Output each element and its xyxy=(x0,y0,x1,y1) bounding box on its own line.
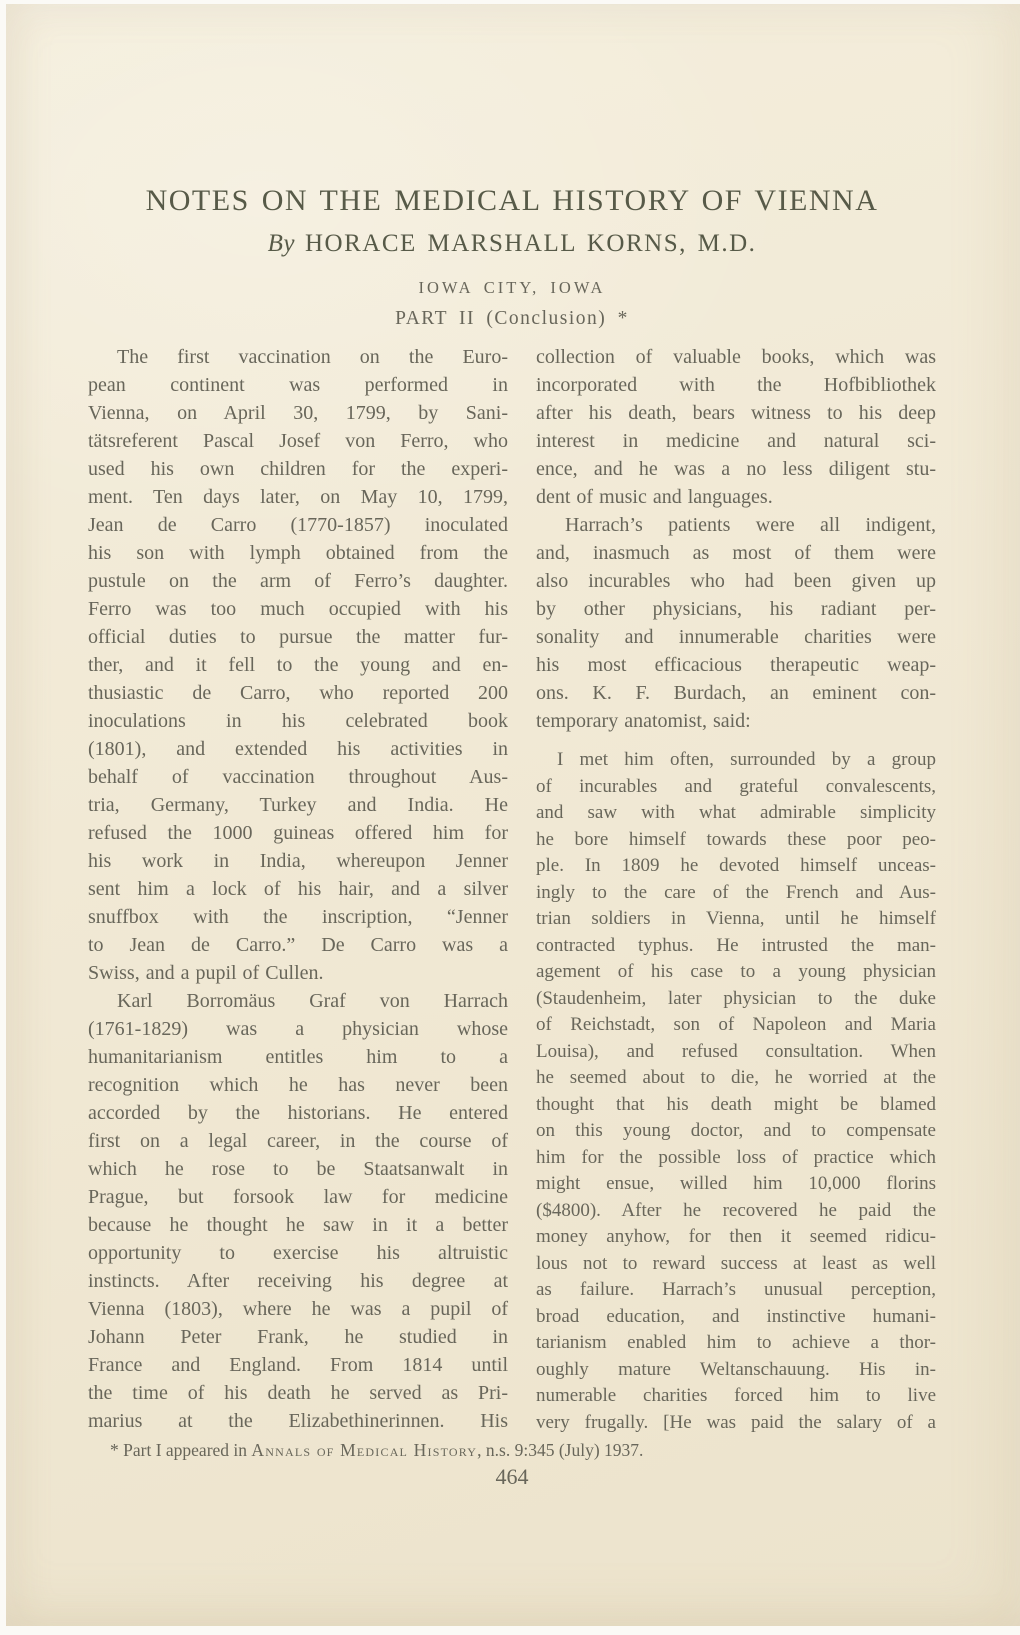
byline: ByHORACE MARSHALL KORNS, M.D. xyxy=(88,230,936,258)
quote-text-line: lous not to reward success at least as w… xyxy=(536,1251,936,1278)
body-text-line: ons. K. F. Burdach, an eminent con- xyxy=(536,679,936,707)
body-text-line: (1801), and extended his activities in xyxy=(88,735,508,763)
body-text-line: temporary anatomist, said: xyxy=(536,707,936,735)
body-text-line: Vienna, on April 30, 1799, by Sani- xyxy=(88,399,508,427)
body-text-line: tria, Germany, Turkey and India. He xyxy=(88,791,508,819)
quote-text-line: oughly mature Weltanschauung. His in- xyxy=(536,1357,936,1384)
body-text-line: his work in India, whereupon Jenner xyxy=(88,847,508,875)
body-text-line: which he rose to be Staatsanwalt in xyxy=(88,1155,508,1183)
quote-text-line: very frugally. [He was paid the salary o… xyxy=(536,1410,936,1437)
body-text-line: sonality and innumerable charities were xyxy=(536,623,936,651)
quote-text-line: as failure. Harrach’s unusual perception… xyxy=(536,1277,936,1304)
body-text-line: instincts. After receiving his degree at xyxy=(88,1267,508,1295)
quote-text-line: he bore himself towards these poor peo- xyxy=(536,827,936,854)
text-columns: The first vaccination on the Euro-pean c… xyxy=(88,343,936,1436)
quote-text-line: I met him often, surrounded by a group xyxy=(536,747,936,774)
author-name: HORACE MARSHALL KORNS, M.D. xyxy=(305,230,756,257)
column-right: collection of valuable books, which wasi… xyxy=(536,343,936,1436)
quote-text-line: money anyhow, for then it seemed ridicu- xyxy=(536,1224,936,1251)
body-text-line: opportunity to exercise his altruistic xyxy=(88,1239,508,1267)
body-text-line: ther, and it fell to the young and en- xyxy=(88,651,508,679)
body-text-line: behalf of vaccination throughout Aus- xyxy=(88,763,508,791)
quote-text-line: of incurables and grateful convalescents… xyxy=(536,774,936,801)
quote-text-line: thought that his death might be blamed xyxy=(536,1092,936,1119)
body-text-line: marius at the Elizabethinerinnen. His xyxy=(88,1407,508,1435)
body-text-line: used his own children for the experi- xyxy=(88,455,508,483)
article-title: NOTES ON THE MEDICAL HISTORY OF VIENNA xyxy=(88,185,936,217)
body-text-line: his son with lymph obtained from the xyxy=(88,539,508,567)
body-text-line: after his death, bears witness to his de… xyxy=(536,399,936,427)
body-text-line: Ferro was too much occupied with his xyxy=(88,595,508,623)
body-text-line: sent him a lock of his hair, and a silve… xyxy=(88,875,508,903)
body-text-line: snuffbox with the inscription, “Jenner xyxy=(88,903,508,931)
quote-text-line: (Staudenheim, later physician to the duk… xyxy=(536,986,936,1013)
scanned-journal-page: { "document": { "title": "NOTES ON THE M… xyxy=(0,0,1020,1635)
body-text-line: The first vaccination on the Euro- xyxy=(88,343,508,371)
body-text-line: his most efficacious therapeutic weap- xyxy=(536,651,936,679)
body-text-line: to Jean de Carro.” De Carro was a xyxy=(88,931,508,959)
body-text-line: tätsreferent Pascal Josef von Ferro, who xyxy=(88,427,508,455)
body-text-line: dent of music and languages. xyxy=(536,483,936,511)
body-text-line: Jean de Carro (1770-1857) inoculated xyxy=(88,511,508,539)
location-line: IOWA CITY, IOWA xyxy=(88,278,936,298)
quote-text-line: and saw with what admirable simplicity xyxy=(536,800,936,827)
quote-text-line: tarianism enabled him to achieve a thor- xyxy=(536,1330,936,1357)
body-text-line: also incurables who had been given up xyxy=(536,567,936,595)
body-text-line: because he thought he saw in it a better xyxy=(88,1211,508,1239)
quote-text-line: ple. In 1809 he devoted himself unceas- xyxy=(536,853,936,880)
body-text-line: Johann Peter Frank, he studied in xyxy=(88,1323,508,1351)
page-number: 464 xyxy=(88,1464,936,1490)
body-text-line: collection of valuable books, which was xyxy=(536,343,936,371)
body-text-line: thusiastic de Carro, who reported 200 xyxy=(88,679,508,707)
body-text-line: ence, and he was a no less diligent stu- xyxy=(536,455,936,483)
quote-text-line: ingly to the care of the French and Aus- xyxy=(536,880,936,907)
byline-prefix: By xyxy=(268,230,295,257)
page: NOTES ON THE MEDICAL HISTORY OF VIENNA B… xyxy=(6,4,1020,1626)
body-text-line: first on a legal career, in the course o… xyxy=(88,1127,508,1155)
body-text-line: inoculations in his celebrated book xyxy=(88,707,508,735)
body-text-line: pean continent was performed in xyxy=(88,371,508,399)
quote-text-line: him for the possible loss of practice wh… xyxy=(536,1145,936,1172)
column-left: The first vaccination on the Euro-pean c… xyxy=(88,343,508,1436)
footnote: * Part I appeared in Annals of Medical H… xyxy=(88,1438,936,1462)
body-text-line: refused the 1000 guineas offered him for xyxy=(88,819,508,847)
body-text-line: accorded by the historians. He entered xyxy=(88,1099,508,1127)
body-text-line: Vienna (1803), where he was a pupil of xyxy=(88,1295,508,1323)
body-text-line: (1761-1829) was a physician whose xyxy=(88,1015,508,1043)
quote-text-line: numerable charities forced him to live xyxy=(536,1383,936,1410)
body-text-line: pustule on the arm of Ferro’s daughter. xyxy=(88,567,508,595)
body-text-line: humanitarianism entitles him to a xyxy=(88,1043,508,1071)
quote-text-line: contracted typhus. He intrusted the man- xyxy=(536,933,936,960)
quote-text-line: agement of his case to a young physician xyxy=(536,959,936,986)
body-text-line: Harrach’s patients were all indigent, xyxy=(536,511,936,539)
body-text-line: Swiss, and a pupil of Cullen. xyxy=(88,959,508,987)
body-text-line: by other physicians, his radiant per- xyxy=(536,595,936,623)
quote-text-line: might ensue, willed him 10,000 florins xyxy=(536,1171,936,1198)
quote-text-line: broad education, and instinctive humani- xyxy=(536,1304,936,1331)
quote-text-line: on this young doctor, and to compensate xyxy=(536,1118,936,1145)
body-text-line: ment. Ten days later, on May 10, 1799, xyxy=(88,483,508,511)
body-text-line: official duties to pursue the matter fur… xyxy=(88,623,508,651)
body-text-line: France and England. From 1814 until xyxy=(88,1351,508,1379)
body-text-line: Karl Borromäus Graf von Harrach xyxy=(88,987,508,1015)
quote-text-line: ($4800). After he recovered he paid the xyxy=(536,1198,936,1225)
quote-text-line: he seemed about to die, he worried at th… xyxy=(536,1065,936,1092)
body-text-line: interest in medicine and natural sci- xyxy=(536,427,936,455)
quote-text-line: of Reichstadt, son of Napoleon and Maria xyxy=(536,1012,936,1039)
body-text-line: incorporated with the Hofbibliothek xyxy=(536,371,936,399)
quote-text-line: Louisa), and refused consultation. When xyxy=(536,1039,936,1066)
quote-text-line: trian soldiers in Vienna, until he himse… xyxy=(536,906,936,933)
body-text-line: and, inasmuch as most of them were xyxy=(536,539,936,567)
part-heading: PART II (Conclusion) * xyxy=(88,308,936,330)
body-text-line: recognition which he has never been xyxy=(88,1071,508,1099)
body-text-line: Prague, but forsook law for medicine xyxy=(88,1183,508,1211)
body-text-line: the time of his death he served as Pri- xyxy=(88,1379,508,1407)
